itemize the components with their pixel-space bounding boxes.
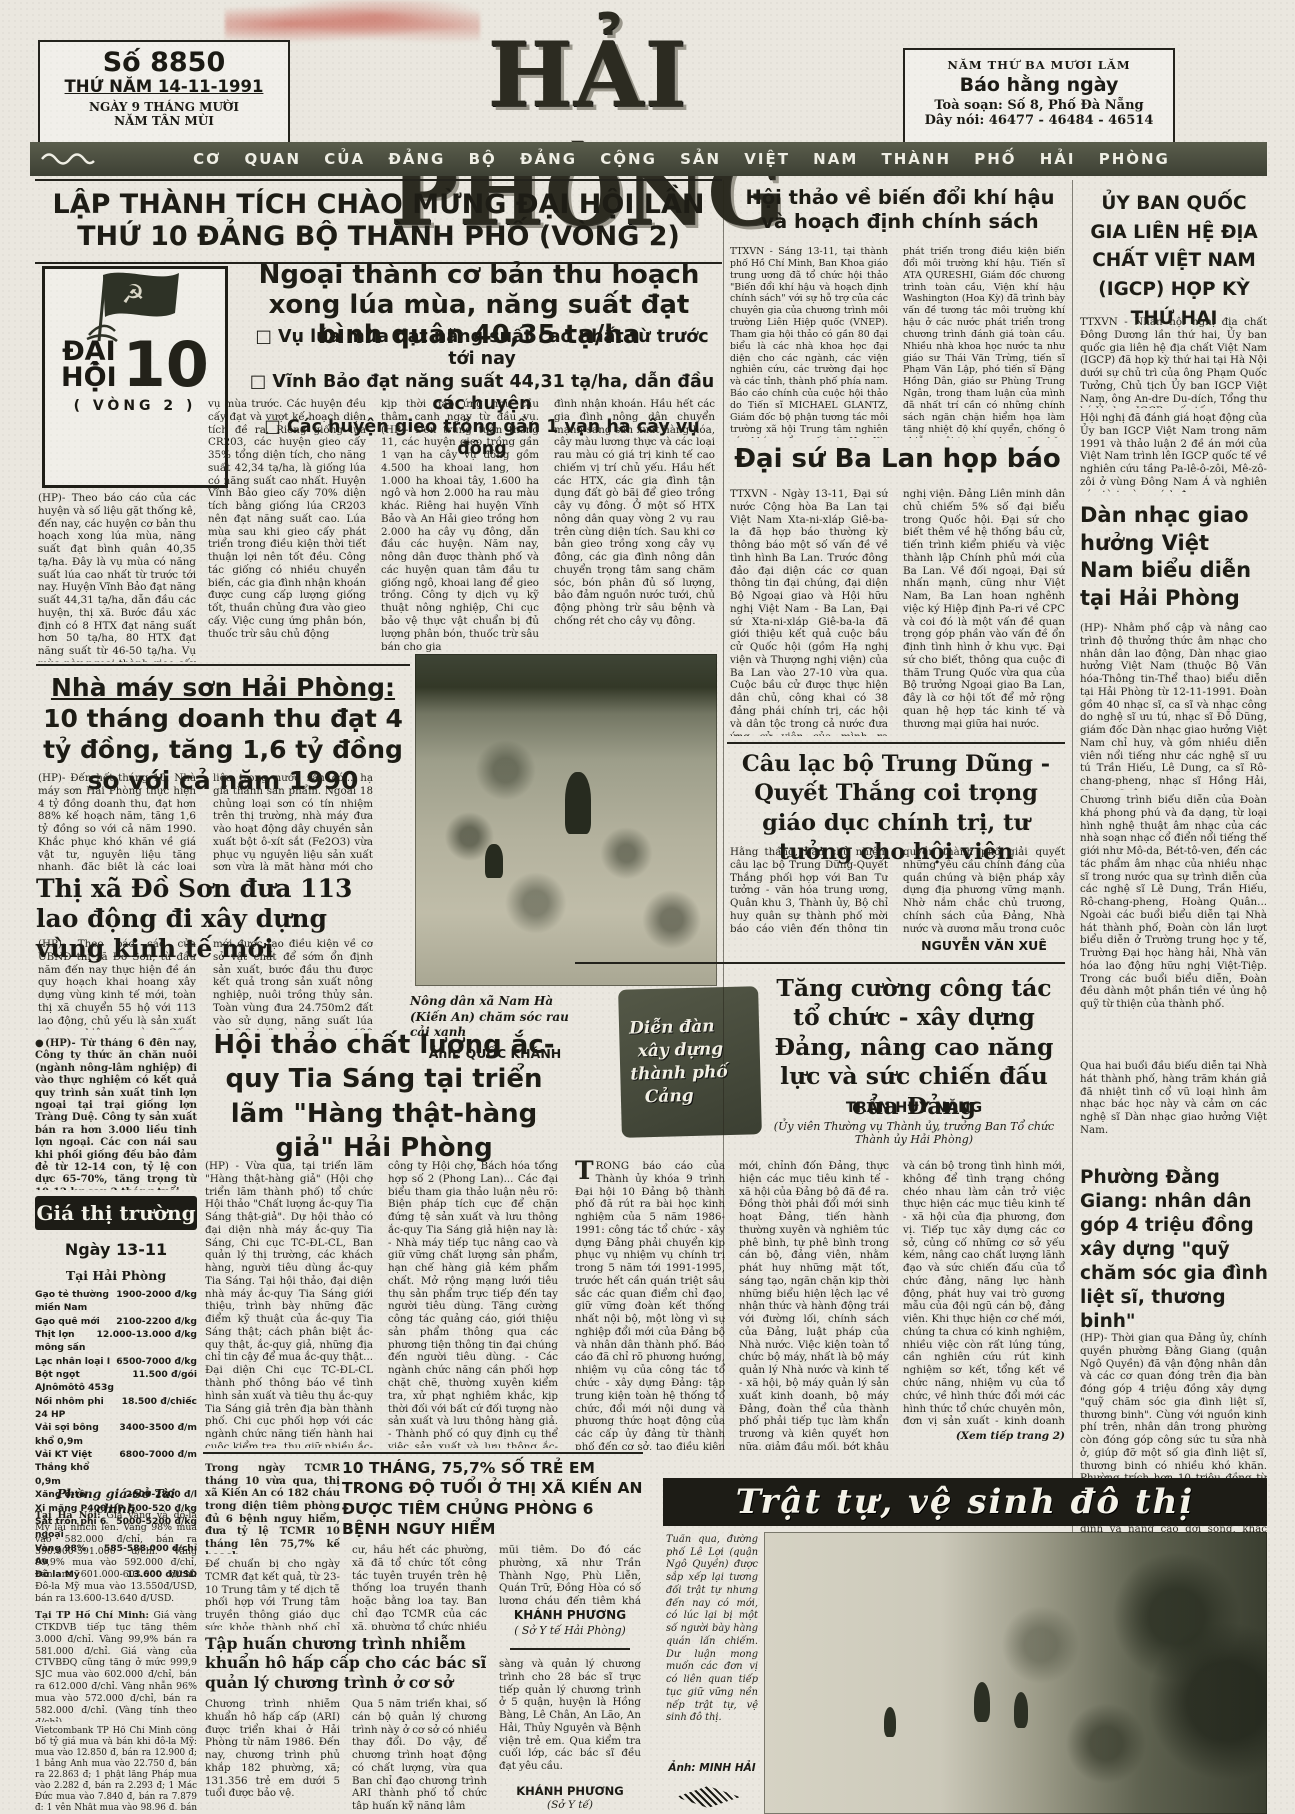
lead-bullet: □ Vụ lúa mùa đạt năng suất cao nhất từ t… [246,326,718,371]
party-continue-note: (Xem tiếp trang 2) [903,1430,1065,1442]
market-row: Vải sợi bông khổ 0,9m3400-3500 đ/m [35,1421,197,1448]
masthead-title: HẢI PHÒNG [295,16,880,138]
lead-body-col1: (HP)- Theo báo cáo của các huyện và số l… [38,492,196,662]
farmer-silhouette [485,844,503,878]
taphuan-colC: sàng và quản lý chương trình cho 28 bác … [499,1658,641,1780]
market-hcm-text: Giá vàng CTKDVB tiếp tục tăng thêm 3.000… [35,1610,197,1722]
taphuan-colA: Chương trình nhiễm khuẩn hô hấp cấp (ARI… [205,1698,340,1810]
issue-number: Số 8850 [40,49,288,77]
street-photo [764,1532,1267,1814]
lunar-date-line2: NĂM TÂN MÙI [40,114,288,128]
danggiang-headline: Phường Đằng Giang: nhân dân góp 4 triệu … [1080,1166,1268,1334]
forum-line: thành phố [630,1060,751,1086]
section-rule [727,742,1065,744]
publisher-year-line: NĂM THỨ BA MƯƠI LĂM [905,58,1173,72]
market-hanoi-text: Giá vàng và đô-la Mỹ lại nhích lên. Vàng… [35,1510,197,1604]
party-author-role: (Ủy viên Thường vụ Thành ủy, trưởng Ban … [764,1120,1064,1146]
publisher-phone: Dây nói: 46477 - 46484 - 46514 [905,113,1173,128]
market-place: Tại Hải Phòng [35,1268,197,1283]
market-row: Lạc nhân loại I6500-7000 đ/kg [35,1355,197,1368]
climate-col2: phát triển trong điều kiện biến đổi môi … [903,246,1065,438]
market-date: Ngày 13-11 [35,1240,197,1259]
igcp-para1: TTXVN - Nhân hội nghị địa chất Đông Dươn… [1080,316,1267,408]
issue-date: THỨ NĂM 14-11-1991 [40,77,288,96]
paint-factory-headline-lead: Nhà máy sơn Hải Phòng: [51,673,395,702]
lead-headline: LẬP THÀNH TÍCH CHÀO MỪNG ĐẠI HỘI LẦN THỨ… [35,179,722,264]
logo-round: ( VÒNG 2 ) [74,398,197,414]
motto-banner: CƠ QUAN CỦA ĐẢNG BỘ ĐẢNG CỘNG SẢN VIỆT N… [30,142,1267,176]
issue-box: Số 8850 THỨ NĂM 14-11-1991 NGÀY 9 THÁNG … [38,40,290,148]
lead-body-col3: kịp thời đáp ứng nhu cầu thâm canh ngay … [381,398,539,662]
taphuan-colB: Qua 5 năm triển khai, số cán bộ quản lý … [352,1698,487,1810]
battery-col1: (HP) - Vừa qua, tại triển lãm "Hàng thật… [205,1160,373,1448]
party-col1: TRONG báo cáo của Thành ủy khóa 9 trình … [575,1160,725,1450]
doson-col1: (HP)- Theo báo cáo của UBND thị xã Đồ Sơ… [38,938,196,1030]
logo-word-hoi: HỘI [61,365,117,391]
publisher-box: NĂM THỨ BA MƯƠI LĂM Báo hằng ngày Toà so… [903,48,1175,152]
market-hanoi-label: Tại Hà Nội: [35,1510,101,1521]
street-photo-caption: Tuần qua, đường phố Lê Lợi (quận Ngô Quy… [666,1534,758,1760]
lead-body-col4: đình nhận khoán. Hầu hết các gia đình nô… [554,398,715,662]
trattu-banner: Trật tự, vệ sinh đô thị [663,1478,1267,1526]
tcmr-intro: Trong ngày TCMR tháng 10 vừa qua, thị xã… [205,1462,340,1554]
club-col2: quyền thành phố giải quyết những yêu cầu… [903,846,1065,932]
taphuan-byline: KHÁNH PHƯƠNG [499,1784,641,1798]
section-rule [203,1452,643,1454]
svg-text:☭: ☭ [121,280,144,310]
market-row: Gạo tẻ thường miền Nam1900-2000 đ/kg [35,1288,197,1315]
livestock-brief: ●(HP)- Từ tháng 6 đến nay, Công ty thức … [35,1038,197,1190]
market-row: Nồi nhôm phi 24 HP18.500 đ/chiếc [35,1395,197,1422]
tcmr-headline: 10 THÁNG, 75,7% SỐ TRẺ EM TRONG ĐỘ TUỔI … [342,1458,644,1540]
paint-factory-col1: (HP)- Đến hết tháng 10, Nhà máy sơn Hải … [38,772,196,870]
club-col1: Hằng tháng, Ban chủ nhiệm câu lạc bộ Tru… [730,846,888,932]
market-row: Thịt lợn mông sấn12.000-13.000 đ/kg [35,1328,197,1355]
orchestra-headline: Dàn nhạc giao hưởng Việt Nam biểu diễn t… [1080,502,1268,613]
forum-line: Cảng [631,1083,752,1109]
market-bank: Vietcombank TP Hồ Chí Minh công bố tỷ gi… [35,1726,197,1810]
tcmr-byline-role: ( Sở Y tế Hải Phòng) [499,1624,641,1637]
cyclist-silhouette [1014,1692,1028,1728]
orchestra-para2: Chương trình biểu diễn của Đoàn khá phon… [1080,794,1267,1056]
forum-line: Diễn đàn [629,1015,750,1041]
farmer-silhouette [565,772,591,834]
pedestrian-silhouette [884,1707,896,1737]
market-hanoi: Tại Hà Nội: Giá vàng và đô-la Mỹ lại nhí… [35,1510,197,1606]
tcmr-colA: Để chuẩn bị cho ngày TCMR đạt kết quả, t… [205,1558,340,1630]
party-author: TRẦN HUY NĂNG [764,1100,1064,1116]
market-hcm-label: Tại TP Hồ Chí Minh: [35,1610,149,1621]
paint-factory-col2: liệu trong nước sẵn có... hạ giá thành s… [213,772,373,870]
market-row: Gạo quê mới2100-2200 đ/kg [35,1315,197,1328]
section-rule [575,962,1065,964]
club-byline: NGUYỄN VĂN XUÊ [903,938,1065,953]
street-photo-credit: Ảnh: MINH HẢI [666,1762,758,1774]
orchestra-para3: Qua hai buổi đầu biểu diễn tại Nhà hát t… [1080,1060,1267,1152]
tcmr-byline: KHÁNH PHƯƠNG [499,1608,641,1622]
poland-col1: TTXVN - Ngày 13-11, Đại sứ nước Cộng hòa… [730,488,888,736]
igcp-para2: Hội nghị đã đánh giá hoạt động của Ủy ba… [1080,412,1267,492]
taphuan-headline: Tập huấn chương trình nhiễm khuẩn hô hấp… [205,1634,491,1692]
lead-body-col2: vụ mùa trước. Các huyện đều cấy đạt và v… [208,398,366,662]
market-row: Vải KT Việt Thắng khổ 0,9m6800-7000 đ/m [35,1448,197,1488]
orchestra-para1: (HP)- Nhằm phổ cập và nâng cao trình độ … [1080,622,1267,790]
lunar-date-line1: NGÀY 9 THÁNG MƯỜI [40,100,288,114]
forum-line: xây dựng [629,1037,750,1063]
poland-headline: Đại sứ Ba Lan họp báo [730,444,1065,474]
taphuan-byline-role: (Sở Y tế) [499,1799,641,1811]
party-col3: và cán bộ trong tình hình mới, không để … [903,1160,1065,1428]
battery-col2: công ty Hội chợ, Bách hóa tổng hợp số 2 … [388,1160,558,1448]
doson-col2: mới được tạo điều kiện về cơ sở vật chất… [213,938,373,1030]
party-col2: mới, chỉnh đốn Đảng, thực hiện các mục t… [739,1160,889,1450]
climate-headline: Hội thảo về biến đổi khí hậu và hoạch đị… [735,186,1065,235]
market-hcm: Tại TP Hồ Chí Minh: Giá vàng CTKDVB tiếp… [35,1610,197,1722]
newspaper-page: Số 8850 THỨ NĂM 14-11-1991 NGÀY 9 THÁNG … [0,0,1295,1814]
logo-number: 10 [123,337,209,393]
forum-box: Diễn đàn xây dựng thành phố Cảng [618,986,762,1138]
motto-text: CƠ QUAN CỦA ĐẢNG BỘ ĐẢNG CỘNG SẢN VIỆT N… [96,150,1267,168]
publisher-address: Toà soạn: Số 8, Phố Đà Nẵng [905,98,1173,113]
poland-col2: nghị viện. Đảng Liên minh dân chủ chiếm … [903,488,1065,736]
pedestrian-silhouette [974,1682,990,1722]
congress-logo: ☭ ĐẠI HỘI 10 ( VÒNG 2 ) [42,266,228,488]
publisher-daily: Báo hằng ngày [905,74,1173,96]
battery-headline: Hội thảo chất lượng ắc-quy Tia Sáng tại … [203,1028,565,1165]
section-rule [510,1648,630,1650]
tcmr-colB: cư, hầu hết các phường, xã đã tổ chức tố… [352,1544,487,1630]
tcmr-colC: mũi tiêm. Do đó các phường, xã như Trần … [499,1544,641,1604]
igcp-headline: ỦY BAN QUỐC GIA LIÊN HỆ ĐỊA CHẤT VIỆT NA… [1080,190,1268,333]
climate-col1: TTXVN - Sáng 13-11, tại thành phố Hồ Chí… [730,246,888,438]
wave-ornament-icon [40,151,96,167]
market-title: Giá thị trường [35,1196,197,1230]
market-row: Bột ngọt AJnômôtô 453g11.500 đ/gói [35,1368,197,1395]
field-photo [415,654,717,986]
party-headline: Tăng cường công tác tổ chức - xây dựng Đ… [764,974,1064,1121]
diamond-ornament [676,1786,740,1808]
